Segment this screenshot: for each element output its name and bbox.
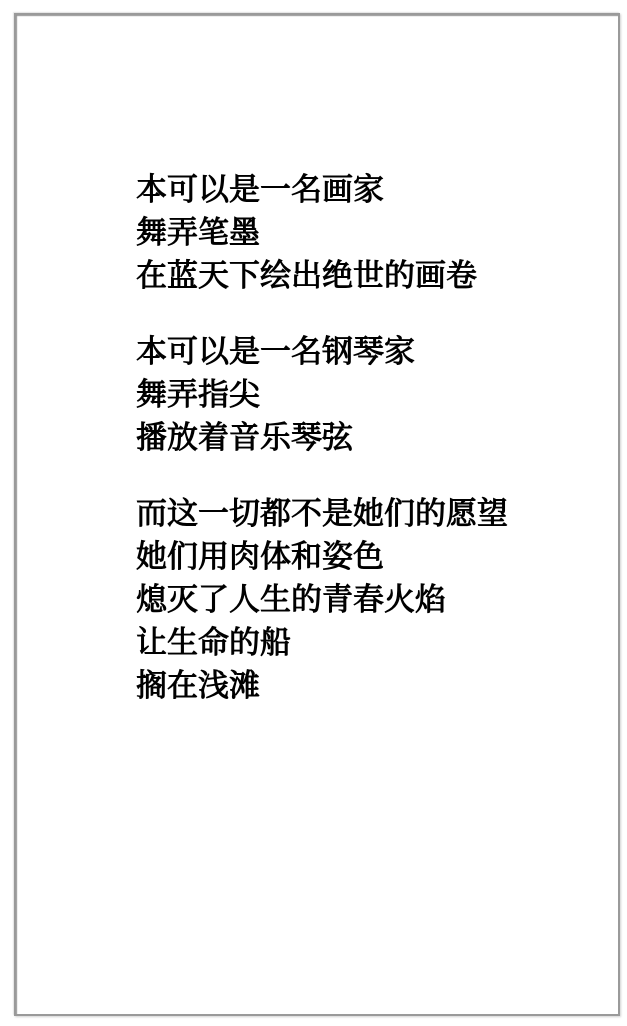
poem-line: 在蓝天下绘出绝世的画卷: [136, 254, 508, 297]
poem-line: 熄灭了人生的青春火焰: [136, 578, 508, 621]
poem-line: 播放着音乐琴弦: [136, 416, 508, 459]
poem-stanza-3: 而这一切都不是她们的愿望 她们用肉体和姿色 熄灭了人生的青春火焰 让生命的船 搁…: [136, 492, 508, 707]
poem-line: 本可以是一名画家: [136, 168, 508, 211]
poem-line: 搁在浅滩: [136, 664, 508, 707]
poem-line: 舞弄笔墨: [136, 211, 508, 254]
poem-line: 本可以是一名钢琴家: [136, 330, 508, 373]
document-page: 本可以是一名画家 舞弄笔墨 在蓝天下绘出绝世的画卷 本可以是一名钢琴家 舞弄指尖…: [0, 0, 627, 1026]
poem-line: 而这一切都不是她们的愿望: [136, 492, 508, 535]
poem: 本可以是一名画家 舞弄笔墨 在蓝天下绘出绝世的画卷 本可以是一名钢琴家 舞弄指尖…: [136, 168, 508, 707]
poem-line: 让生命的船: [136, 621, 508, 664]
poem-stanza-1: 本可以是一名画家 舞弄笔墨 在蓝天下绘出绝世的画卷: [136, 168, 508, 297]
poem-line: 她们用肉体和姿色: [136, 535, 508, 578]
poem-stanza-2: 本可以是一名钢琴家 舞弄指尖 播放着音乐琴弦: [136, 330, 508, 459]
poem-line: 舞弄指尖: [136, 373, 508, 416]
